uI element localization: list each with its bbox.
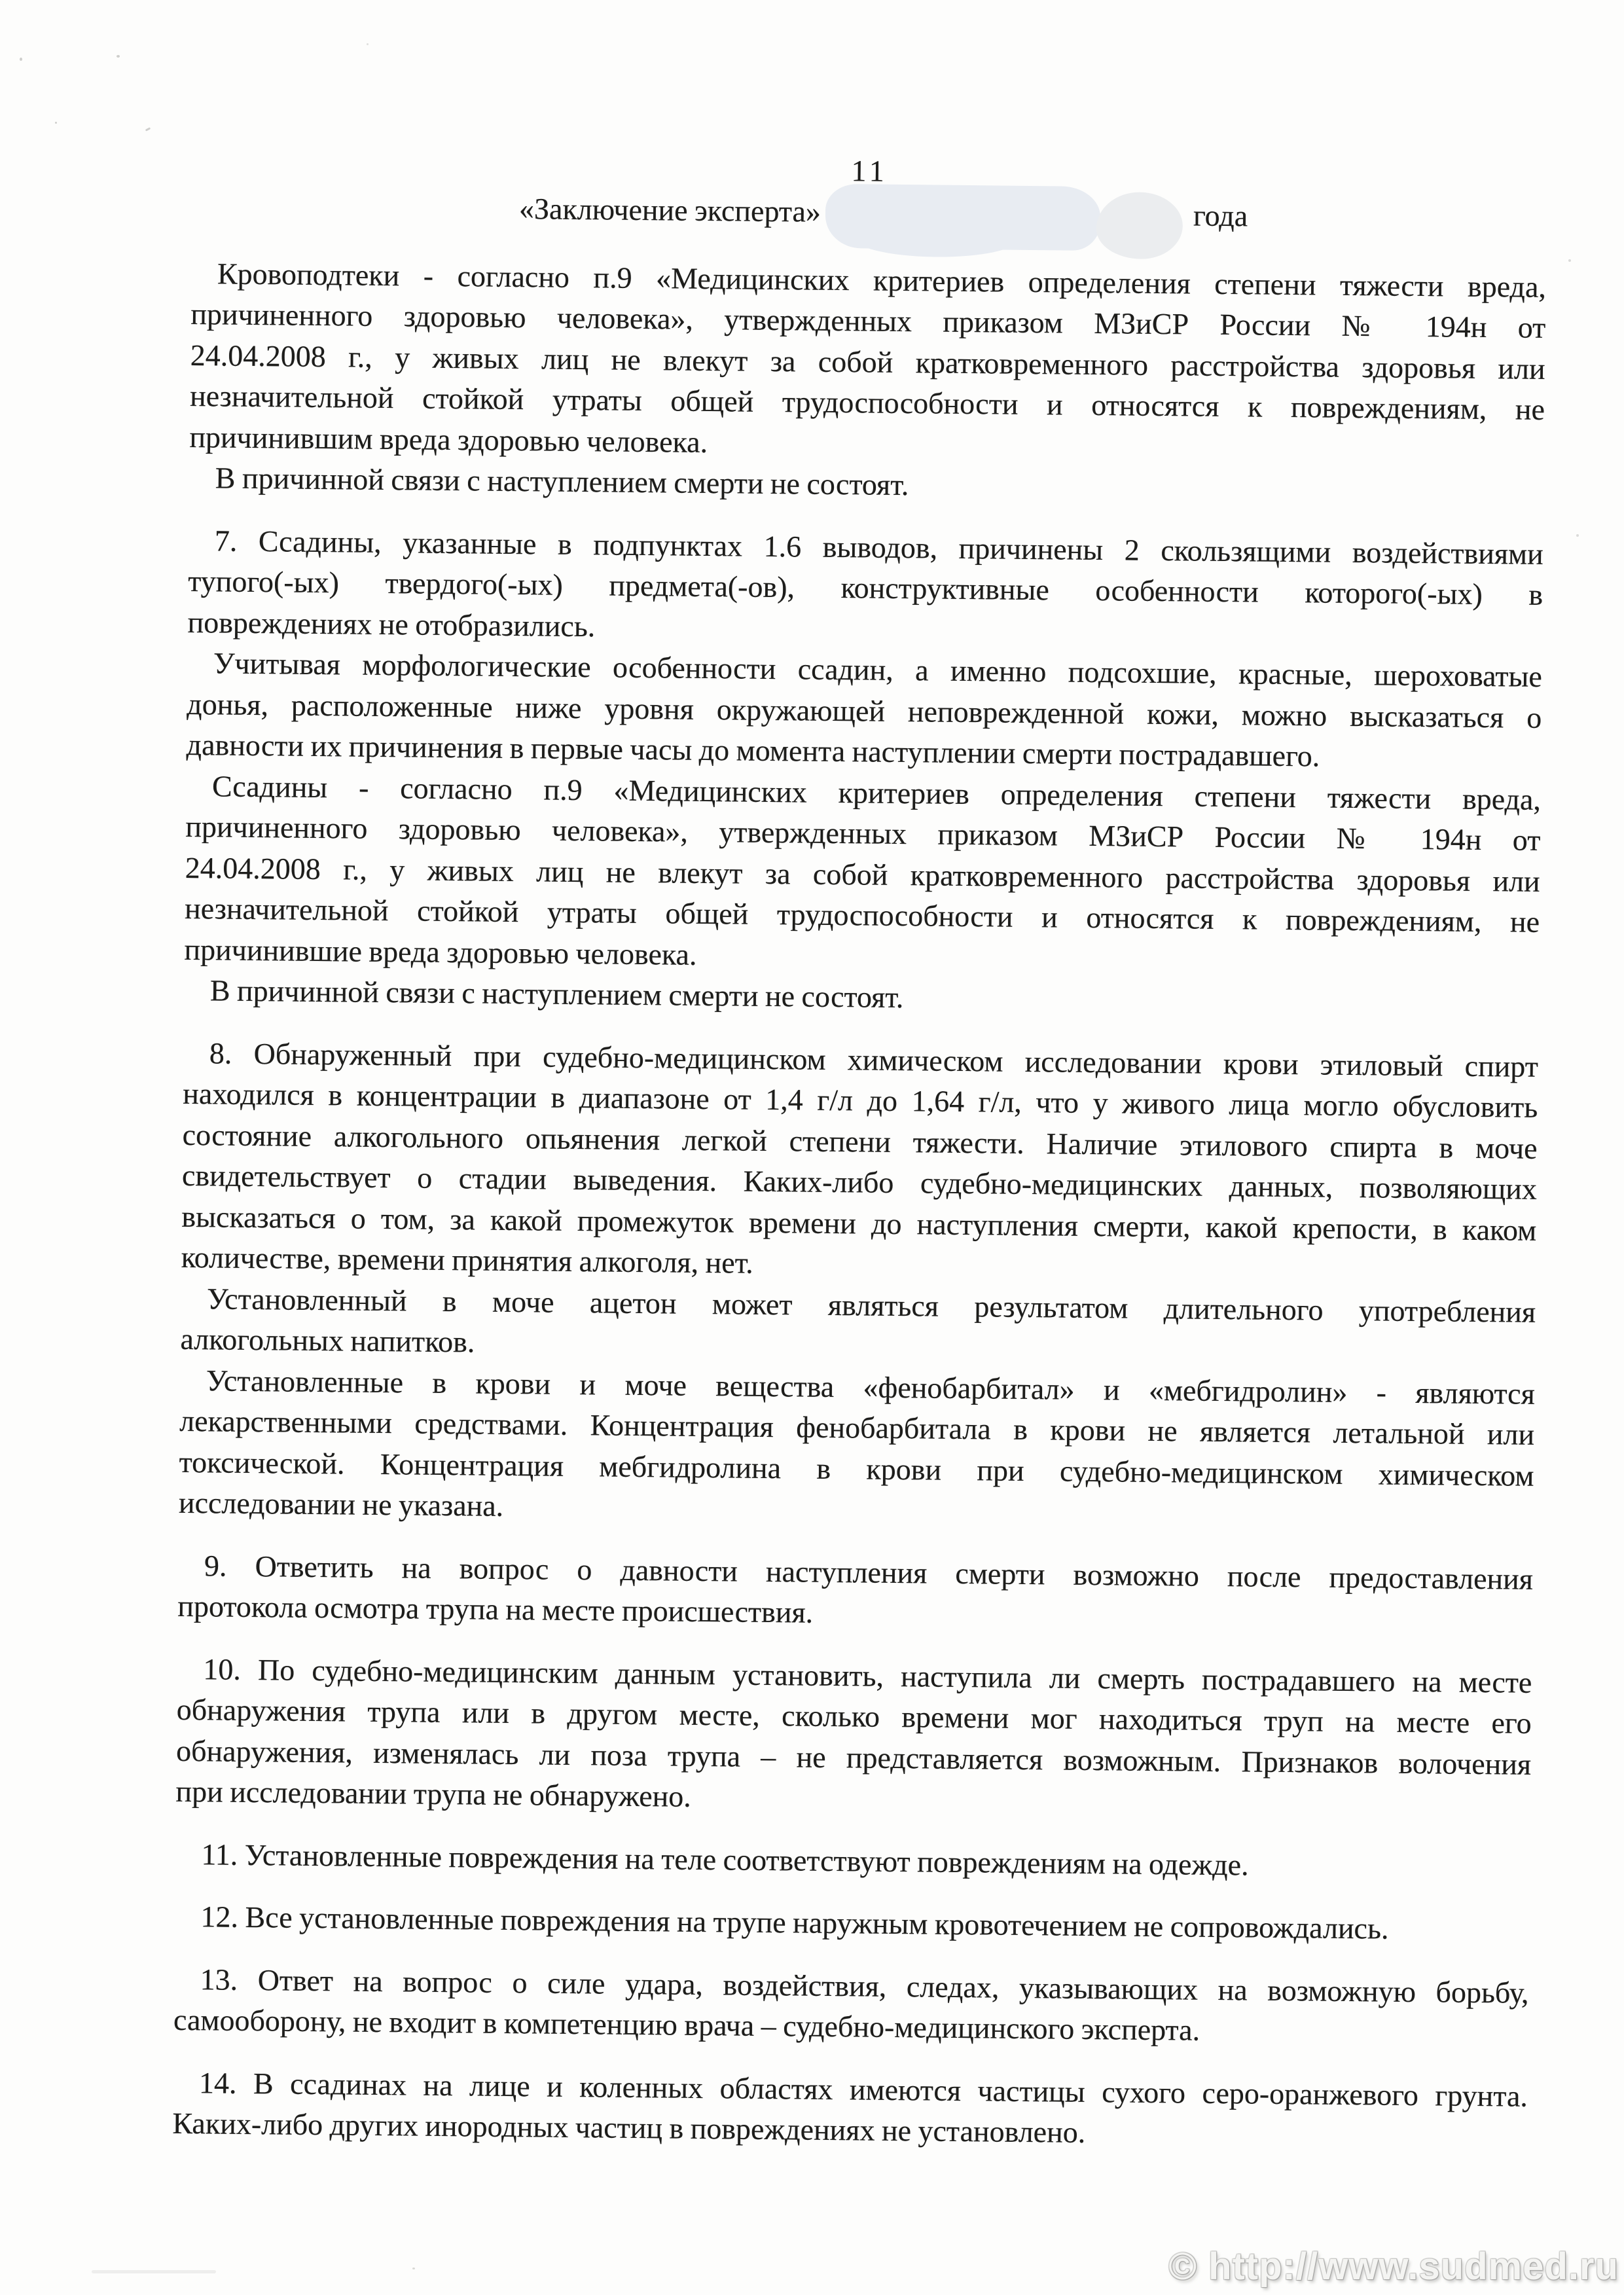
scan-smudge — [92, 2270, 216, 2273]
scan-speck — [367, 43, 369, 45]
scan-speck — [20, 58, 22, 61]
conclusions-text-body: Кровоподтеки - согласно п.9 «Медицинских… — [172, 253, 1546, 2158]
text-line: 12. Все установленные повреждения на тру… — [174, 1896, 1530, 1951]
item-8-ethanol: 8. Обнаруженный при судебно-медицинском … — [181, 1032, 1538, 1292]
scan-speck — [55, 122, 57, 124]
scan-speck — [117, 55, 120, 58]
scan-speck — [145, 127, 151, 131]
item-9-time-of-death: 9. Ответить на вопрос о давности наступл… — [177, 1545, 1533, 1640]
redaction-blob — [1096, 191, 1183, 259]
title-date-suffix: года — [1193, 195, 1248, 236]
scan-speck — [1568, 259, 1571, 262]
bruises-qualification: Кровоподтеки - согласно п.9 «Медицинских… — [189, 253, 1546, 471]
document-scan-content: 11 «Заключение эксперта» года Кровоподте… — [172, 144, 1547, 2158]
scanned-document-page: 11 «Заключение эксперта» года Кровоподте… — [0, 0, 1624, 2295]
item-7-abrasions-qualification: Ссадины - согласно п.9 «Медицинских крит… — [184, 765, 1541, 983]
item-10-place-of-death: 10. По судебно-медицинским данным устано… — [175, 1648, 1532, 1826]
item-14-soil-particles: 14. В ссадинах на лице и коленных област… — [172, 2062, 1528, 2158]
item-7-abrasions-age: Учитывая морфологические особенности сса… — [186, 643, 1542, 779]
text-line: 11. Установленные повреждения на теле со… — [175, 1834, 1530, 1888]
item-8-acetone: Установленный в моче ацетон может являть… — [180, 1278, 1536, 1373]
item-12-bleeding: 12. Все установленные повреждения на тру… — [174, 1896, 1530, 1951]
scan-speck — [1576, 534, 1579, 537]
watermark: © http://www.sudmed.ru — [1168, 2245, 1619, 2288]
scan-speck — [412, 2268, 415, 2269]
item-13-competence: 13. Ответ на вопрос о силе удара, воздей… — [173, 1959, 1529, 2054]
item-7-abrasions-mechanism: 7. Ссадины, указанные в подпунктах 1.6 в… — [187, 520, 1543, 656]
item-11-clothing-damage: 11. Установленные повреждения на теле со… — [175, 1834, 1530, 1888]
document-title: «Заключение эксперта» — [519, 189, 821, 232]
item-8-medications: Установленные в крови и моче вещества «ф… — [179, 1360, 1535, 1537]
